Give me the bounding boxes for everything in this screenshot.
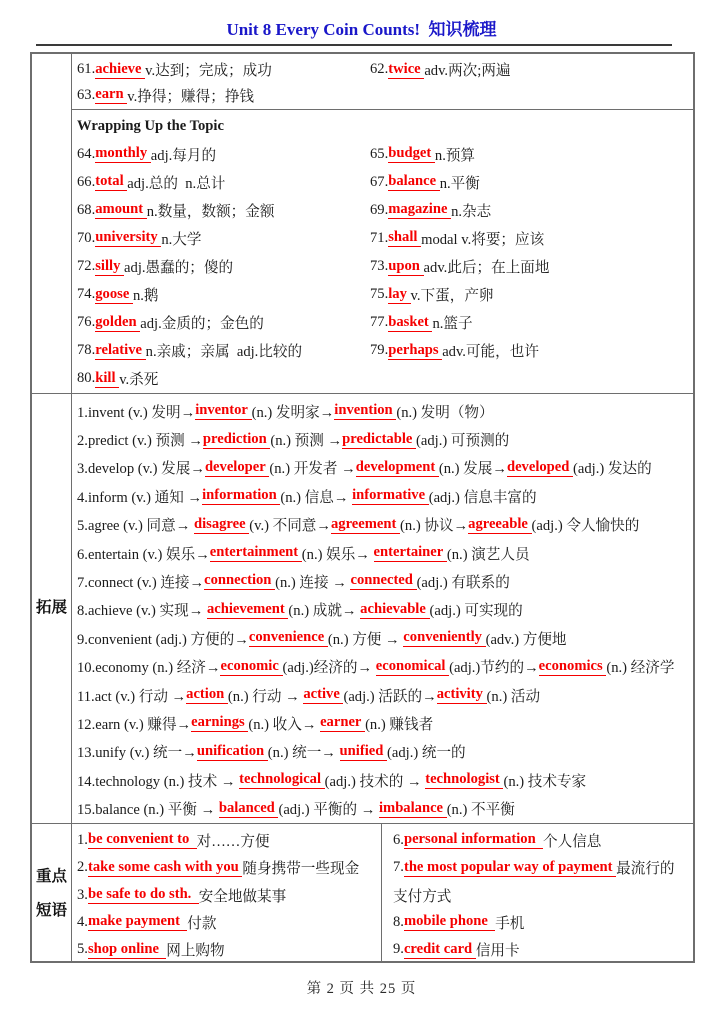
text-segment: 付款 — [187, 912, 216, 933]
text-segment: 手机 — [495, 912, 524, 933]
term-highlighted: disagree — [194, 516, 249, 534]
term-highlighted: technologist — [425, 771, 503, 789]
vocab-line: 14.technology (n.) 技术 → technological (a… — [77, 766, 693, 794]
vocab-line: 63.earn v.挣得；赚得；挣钱 — [77, 83, 693, 109]
vocab-item-right: 62.twice adv.两次;两遍 — [370, 59, 693, 80]
text-segment: (n.) 协议→ — [400, 514, 468, 535]
text-segment: 3. — [77, 887, 88, 904]
text-segment: (adj.) 发达的 — [573, 457, 652, 478]
text-segment: 支付方式 — [393, 885, 451, 906]
key-phrases-label-line1: 重点 — [36, 860, 67, 894]
text-segment: 6.entertain (v.) 娱乐→ — [77, 543, 210, 564]
term-highlighted: entertainment — [210, 544, 302, 562]
text-segment: 5.agree (v.) 同意→ — [77, 514, 194, 535]
vocab-line: 1.be convenient to 对……方便 — [77, 827, 381, 854]
vocab-item-left: 74.goose n.鹅 — [77, 284, 370, 305]
text-segment: n.平衡 — [440, 172, 480, 193]
vocab-item-right: 77.basket n.篮子 — [370, 312, 693, 333]
vocab-line: 9.credit card 信用卡 — [393, 936, 693, 963]
text-segment: 最流行的 — [616, 857, 674, 878]
vocab-item-left: 68.amount n.数量，数额；金额 — [77, 200, 370, 221]
text-segment: 9. — [393, 941, 404, 958]
term-highlighted: earn — [95, 86, 127, 104]
text-segment: 9.convenient (adj.) 方便的→ — [77, 628, 249, 649]
term-highlighted: shop online — [88, 941, 166, 959]
text-segment: adj.总的 n.总计 — [127, 172, 225, 193]
term-highlighted: balance — [388, 173, 439, 191]
text-segment: 对……方便 — [197, 830, 270, 851]
term-highlighted: amount — [95, 201, 147, 219]
vocab-item-right: 75.lay v.下蛋，产卵 — [370, 284, 693, 305]
text-segment: (adj.) 可预测的 — [416, 429, 509, 450]
vocab-item-left: 78.relative n.亲戚；亲属 adj.比较的 — [77, 340, 370, 361]
vocab-item-left: 70.university n.大学 — [77, 228, 370, 249]
vocabulary-content: 61.achieve v.达到；完成；成功62.twice adv.两次;两遍6… — [72, 54, 693, 393]
term-highlighted: upon — [388, 258, 423, 276]
vocab-line: 13.unify (v.) 统一→unification (n.) 统一→ un… — [77, 738, 693, 766]
vocab-line: 64.monthly adj.每月的65.budget n.预算 — [77, 140, 693, 168]
vocab-line: 11.act (v.) 行动 →action (n.) 行动 → active … — [77, 681, 693, 709]
term-highlighted: active — [303, 686, 343, 704]
vocab-line: 76.golden adj.金质的；金色的77.basket n.篮子 — [77, 309, 693, 337]
vocab-line: 支付方式 — [393, 881, 693, 908]
term-highlighted: credit card — [404, 941, 476, 959]
vocab-line: 3.develop (v.) 发展→developer (n.) 开发者 →de… — [77, 454, 693, 482]
term-highlighted: silly — [95, 258, 124, 276]
term-highlighted: mobile phone — [404, 913, 495, 931]
text-segment: 2. — [77, 859, 88, 876]
text-segment: (n.) 收入→ — [248, 713, 320, 734]
term-highlighted: economical — [376, 658, 449, 676]
term-highlighted: agreement — [331, 516, 400, 534]
term-highlighted: achieve — [95, 61, 145, 79]
document-page: Unit 8 Every Coin Counts! 知识梳理 61.achiev… — [0, 0, 723, 1024]
term-highlighted: achievable — [360, 601, 429, 619]
text-segment: 10.economy (n.) 经济→ — [77, 656, 220, 677]
text-segment: (n.) 发明（物） — [396, 401, 493, 422]
term-highlighted: informative — [352, 487, 429, 505]
term-highlighted: economics — [539, 658, 607, 676]
vocab-item-right: 65.budget n.预算 — [370, 144, 693, 165]
section-vocabulary: 61.achieve v.达到；完成；成功62.twice adv.两次;两遍6… — [32, 54, 693, 394]
text-segment: 64. — [77, 146, 95, 163]
text-segment: 7.connect (v.) 连接→ — [77, 571, 204, 592]
text-segment: 63. — [77, 87, 95, 104]
text-segment: 70. — [77, 230, 95, 247]
text-segment: 3.develop (v.) 发展→ — [77, 457, 205, 478]
text-segment: (adv.) 方便地 — [486, 628, 567, 649]
text-segment: (n.) 方便 → — [328, 628, 403, 649]
term-highlighted: relative — [95, 342, 145, 360]
vocab-line: 6.entertain (v.) 娱乐→entertainment (n.) 娱… — [77, 539, 693, 567]
vocab-line: 4.make payment 付款 — [77, 909, 381, 936]
term-highlighted: entertainer — [374, 544, 447, 562]
text-segment: n.杂志 — [451, 200, 491, 221]
text-segment: 78. — [77, 342, 95, 359]
vocab-line: 8.mobile phone 手机 — [393, 909, 693, 936]
vocab-item-left: 72.silly adj.愚蠢的；傻的 — [77, 256, 370, 277]
row-label-key-phrases: 重点 短语 — [32, 824, 72, 963]
text-segment: 信用卡 — [476, 939, 520, 960]
text-segment: v.达到；完成；成功 — [145, 59, 272, 80]
text-segment: (adj.) 平衡的 → — [278, 798, 379, 819]
text-segment: 71. — [370, 230, 388, 247]
text-segment: (n.) 开发者 → — [269, 457, 355, 478]
term-highlighted: personal information — [404, 831, 543, 849]
text-segment: (n.) 活动 — [487, 685, 541, 706]
text-segment: (n.) 成就→ — [288, 599, 360, 620]
text-segment: 65. — [370, 146, 388, 163]
term-highlighted: unified — [340, 743, 387, 761]
text-segment: adj.每月的 — [151, 144, 216, 165]
term-highlighted: basket — [388, 314, 432, 332]
term-highlighted: development — [356, 459, 439, 477]
text-segment: (adj.) 可实现的 — [430, 599, 523, 620]
term-highlighted: the most popular way of payment — [404, 859, 616, 877]
text-segment: (n.) 不平衡 — [447, 798, 515, 819]
text-segment: 61. — [77, 61, 95, 78]
term-highlighted: invention — [334, 402, 396, 420]
term-highlighted: perhaps — [388, 342, 442, 360]
vocab-line: 7.connect (v.) 连接→connection (n.) 连接 → c… — [77, 567, 693, 595]
text-segment: (n.) 行动 → — [228, 685, 303, 706]
text-segment: (n.) 娱乐→ — [302, 543, 374, 564]
vocab-item-right: 79.perhaps adv.可能，也许 — [370, 340, 693, 361]
text-segment: 75. — [370, 286, 388, 303]
text-segment: 4.inform (v.) 通知 → — [77, 486, 202, 507]
vocab-item-right: 71.shall modal v.将要；应该 — [370, 228, 693, 249]
term-highlighted: kill — [95, 370, 119, 388]
term-highlighted: action — [186, 686, 228, 704]
vocab-line: 5.shop online 网上购物 — [77, 936, 381, 963]
text-segment: 4. — [77, 914, 88, 931]
text-segment: (n.) 演艺人员 — [447, 543, 530, 564]
text-segment: v.下蛋，产卵 — [411, 284, 494, 305]
term-highlighted: economic — [220, 658, 282, 676]
text-segment: n.预算 — [435, 144, 475, 165]
text-segment: adv.两次;两遍 — [424, 59, 510, 80]
text-segment: 77. — [370, 314, 388, 331]
text-segment: 1. — [77, 832, 88, 849]
term-highlighted: prediction — [203, 431, 270, 449]
vocab-line: 15.balance (n.) 平衡 → balanced (adj.) 平衡的… — [77, 794, 693, 822]
vocab-item-left: 64.monthly adj.每月的 — [77, 144, 370, 165]
term-highlighted: make payment — [88, 913, 187, 931]
term-highlighted: golden — [95, 314, 140, 332]
vocab-line: 7.the most popular way of payment 最流行的 — [393, 854, 693, 881]
term-highlighted: lay — [388, 286, 410, 304]
vocab-block-b: Wrapping Up the Topic 64.monthly adj.每月的… — [72, 110, 693, 393]
text-segment: (adj.) 信息丰富的 — [429, 486, 537, 507]
text-segment: 6. — [393, 832, 404, 849]
term-highlighted: conveniently — [403, 629, 485, 647]
text-segment: (n.) 连接 → — [275, 571, 350, 592]
text-segment: (n.) 赚钱者 — [365, 713, 433, 734]
phrases-column-right: 6.personal information 个人信息7.the most po… — [382, 824, 693, 963]
term-highlighted: be convenient to — [88, 831, 197, 849]
title-divider — [36, 44, 672, 46]
vocab-item-right: 69.magazine n.杂志 — [370, 200, 693, 221]
term-highlighted: unification — [197, 743, 268, 761]
vocab-line: 12.earn (v.) 赚得→earnings (n.) 收入→ earner… — [77, 709, 693, 737]
expansion-label: 拓展 — [36, 591, 67, 625]
wrapping-up-header: Wrapping Up the Topic — [77, 112, 693, 140]
term-highlighted: developer — [205, 459, 269, 477]
text-segment: n.亲戚；亲属 adj.比较的 — [146, 340, 302, 361]
term-highlighted: convenience — [249, 629, 328, 647]
term-highlighted: shall — [388, 229, 421, 247]
vocab-line: 5.agree (v.) 同意→ disagree (v.) 不同意→agree… — [77, 511, 693, 539]
term-highlighted: magazine — [388, 201, 451, 219]
text-segment: 随身携带一些现金 — [242, 857, 359, 878]
vocab-line: 72.silly adj.愚蠢的；傻的73.upon adv.此后；在上面地 — [77, 252, 693, 280]
vocab-line: 61.achieve v.达到；完成；成功62.twice adv.两次;两遍 — [77, 57, 693, 83]
vocab-item-right: 67.balance n.平衡 — [370, 172, 693, 193]
vocab-line: 10.economy (n.) 经济→economic (adj.)经济的→ e… — [77, 652, 693, 680]
vocab-line: 66.total adj.总的 n.总计67.balance n.平衡 — [77, 168, 693, 196]
vocab-line: 2.take some cash with you 随身携带一些现金 — [77, 854, 381, 881]
row-label-expansion: 拓展 — [32, 394, 72, 823]
page-title: Unit 8 Every Coin Counts! 知识梳理 — [0, 15, 723, 40]
text-segment: 68. — [77, 202, 95, 219]
vocab-item-left: 66.total adj.总的 n.总计 — [77, 172, 370, 193]
term-highlighted: developed — [507, 459, 573, 477]
text-segment: (adj.) 活跃的→ — [343, 685, 436, 706]
vocab-item-right: 73.upon adv.此后；在上面地 — [370, 256, 693, 277]
expansion-content: 1.invent (v.) 发明→inventor (n.) 发明家→inven… — [72, 394, 693, 823]
term-highlighted: connected — [350, 572, 416, 590]
text-segment: (n.) 信息→ — [280, 486, 352, 507]
text-segment: modal v.将要；应该 — [421, 228, 544, 249]
vocab-line: 68.amount n.数量，数额；金额69.magazine n.杂志 — [77, 196, 693, 224]
text-segment: (n.) 技术专家 — [503, 770, 586, 791]
text-segment: 11.act (v.) 行动 → — [77, 685, 186, 706]
text-segment: 5. — [77, 941, 88, 958]
text-segment: adv.可能，也许 — [442, 340, 539, 361]
term-highlighted: twice — [388, 61, 424, 79]
text-segment: 网上购物 — [166, 939, 224, 960]
vocab-line: 78.relative n.亲戚；亲属 adj.比较的79.perhaps ad… — [77, 337, 693, 365]
vocab-line: 9.convenient (adj.) 方便的→convenience (n.)… — [77, 624, 693, 652]
text-segment: (n.) 统一→ — [268, 741, 340, 762]
text-segment: n.数量，数额；金额 — [147, 200, 275, 221]
section-key-phrases: 重点 短语 1.be convenient to 对……方便2.take som… — [32, 824, 693, 963]
text-segment: 72. — [77, 258, 95, 275]
key-phrases-content: 1.be convenient to 对……方便2.take some cash… — [72, 824, 693, 963]
text-segment: adj.金质的；金色的 — [140, 312, 264, 333]
text-segment: 66. — [77, 174, 95, 191]
text-segment: (adj.) 令人愉快的 — [532, 514, 640, 535]
vocab-line: 6.personal information 个人信息 — [393, 827, 693, 854]
term-highlighted: activity — [437, 686, 487, 704]
text-segment: n.鹅 — [133, 284, 159, 305]
vocab-item-left: 80.kill v.杀死 — [77, 368, 370, 389]
page-number: 第 2 页 共 25 页 — [0, 977, 723, 998]
term-highlighted: budget — [388, 145, 435, 163]
text-segment: n.篮子 — [432, 312, 472, 333]
term-highlighted: be safe to do sth. — [88, 886, 199, 904]
text-segment: n.大学 — [161, 228, 201, 249]
text-segment: 69. — [370, 202, 388, 219]
term-highlighted: take some cash with you — [88, 859, 242, 877]
vocab-item-left: 76.golden adj.金质的；金色的 — [77, 312, 370, 333]
term-highlighted: technological — [239, 771, 325, 789]
text-segment: 62. — [370, 61, 388, 78]
vocab-line: 8.achieve (v.) 实现→ achievement (n.) 成就→ … — [77, 596, 693, 624]
phrases-column-left: 1.be convenient to 对……方便2.take some cash… — [72, 824, 382, 963]
vocab-line: 4.inform (v.) 通知 →information (n.) 信息→ i… — [77, 482, 693, 510]
text-segment: (adj.)节约的→ — [449, 656, 539, 677]
term-highlighted: goose — [95, 286, 133, 304]
term-highlighted: university — [95, 229, 161, 247]
term-highlighted: total — [95, 173, 127, 191]
text-segment: 2.predict (v.) 预测 → — [77, 429, 203, 450]
text-segment: (adj.) 技术的 → — [325, 770, 426, 791]
term-highlighted: inventor — [195, 402, 251, 420]
text-segment: 1.invent (v.) 发明→ — [77, 401, 195, 422]
text-segment: 8. — [393, 914, 404, 931]
term-highlighted: earnings — [191, 714, 248, 732]
text-segment: (adj.)经济的→ — [283, 656, 376, 677]
text-segment: (adj.) 有联系的 — [417, 571, 510, 592]
text-segment: (n.) 发明家→ — [252, 401, 335, 422]
vocab-line: 74.goose n.鹅75.lay v.下蛋，产卵 — [77, 281, 693, 309]
text-segment: (n.) 经济学 — [606, 656, 674, 677]
term-highlighted: earner — [320, 714, 365, 732]
vocab-block-a: 61.achieve v.达到；完成；成功62.twice adv.两次;两遍6… — [72, 54, 693, 110]
term-highlighted: agreeable — [468, 516, 531, 534]
term-highlighted: imbalance — [379, 800, 447, 818]
text-segment: 76. — [77, 314, 95, 331]
term-highlighted: balanced — [219, 800, 279, 818]
text-segment: 79. — [370, 342, 388, 359]
vocab-line: 70.university n.大学71.shall modal v.将要；应该 — [77, 224, 693, 252]
vocab-line: 80.kill v.杀死 — [77, 365, 693, 393]
term-highlighted: connection — [204, 572, 275, 590]
vocab-table: 61.achieve v.达到；完成；成功62.twice adv.两次;两遍6… — [30, 52, 695, 963]
text-segment: (n.) 发展→ — [439, 457, 507, 478]
row-label-empty — [32, 54, 72, 393]
term-highlighted: predictable — [342, 431, 416, 449]
text-segment: 7. — [393, 859, 404, 876]
text-segment: (adj.) 统一的 — [387, 741, 466, 762]
vocab-line: 2.predict (v.) 预测 →prediction (n.) 预测 →p… — [77, 425, 693, 453]
term-highlighted: information — [202, 487, 280, 505]
key-phrases-label-line2: 短语 — [36, 894, 67, 928]
text-segment: 8.achieve (v.) 实现→ — [77, 599, 207, 620]
text-segment: 13.unify (v.) 统一→ — [77, 741, 197, 762]
vocab-rows: 64.monthly adj.每月的65.budget n.预算66.total… — [77, 140, 693, 393]
vocab-line: 3.be safe to do sth. 安全地做某事 — [77, 881, 381, 908]
vocab-item-left: 63.earn v.挣得；赚得；挣钱 — [77, 85, 370, 106]
vocab-line: 1.invent (v.) 发明→inventor (n.) 发明家→inven… — [77, 397, 693, 425]
text-segment: 安全地做某事 — [199, 885, 287, 906]
text-segment: 74. — [77, 286, 95, 303]
text-segment: (v.) 不同意→ — [249, 514, 331, 535]
text-segment: 73. — [370, 258, 388, 275]
section-expansion: 拓展 1.invent (v.) 发明→inventor (n.) 发明家→in… — [32, 394, 693, 824]
term-highlighted: achievement — [207, 601, 288, 619]
text-segment: 12.earn (v.) 赚得→ — [77, 713, 191, 734]
vocab-item-left: 61.achieve v.达到；完成；成功 — [77, 59, 370, 80]
text-segment: 15.balance (n.) 平衡 → — [77, 798, 219, 819]
text-segment: adj.愚蠢的；傻的 — [124, 256, 233, 277]
text-segment: v.杀死 — [119, 368, 158, 389]
text-segment: 67. — [370, 174, 388, 191]
text-segment: 14.technology (n.) 技术 → — [77, 770, 239, 791]
term-highlighted: monthly — [95, 145, 151, 163]
text-segment: 80. — [77, 370, 95, 387]
text-segment: adv.此后；在上面地 — [424, 256, 550, 277]
text-segment: 个人信息 — [543, 830, 601, 851]
text-segment: v.挣得；赚得；挣钱 — [127, 85, 254, 106]
text-segment: (n.) 预测 → — [270, 429, 342, 450]
